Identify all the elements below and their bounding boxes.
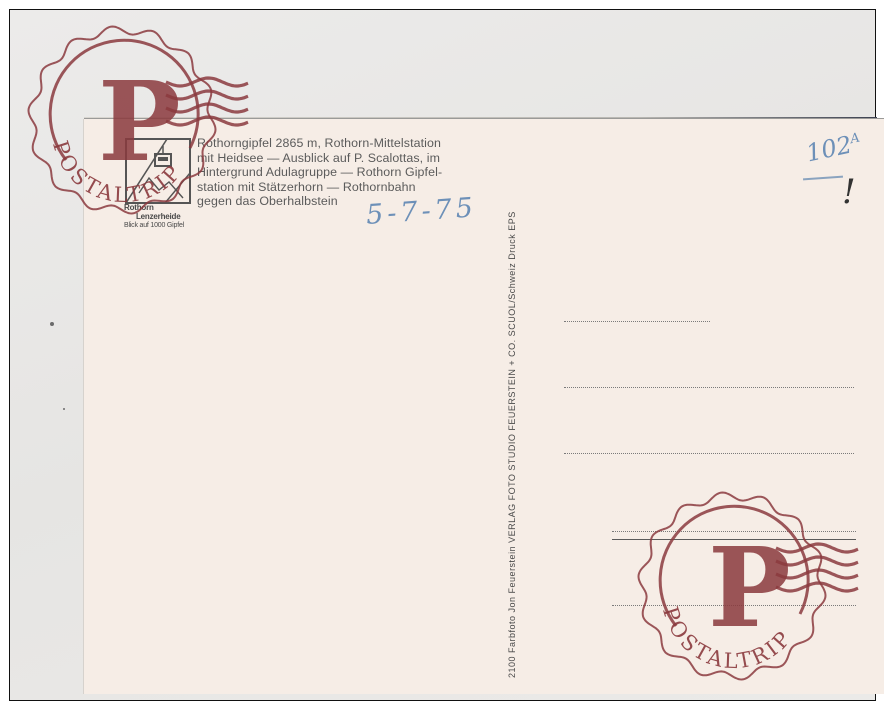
dust-speck [63, 408, 65, 410]
postaltrip-watermark-stamp: PPOSTALTRIP [636, 486, 866, 696]
handwritten-mark: ! [842, 172, 856, 212]
address-line [564, 387, 854, 388]
dust-speck [50, 322, 54, 326]
address-line [564, 453, 854, 454]
postaltrip-watermark-stamp: PPOSTALTRIP [26, 20, 256, 230]
address-line [564, 321, 710, 322]
publisher-imprint: 2100 Farbfoto Jon Feuerstein VERLAG FOTO… [507, 211, 517, 678]
